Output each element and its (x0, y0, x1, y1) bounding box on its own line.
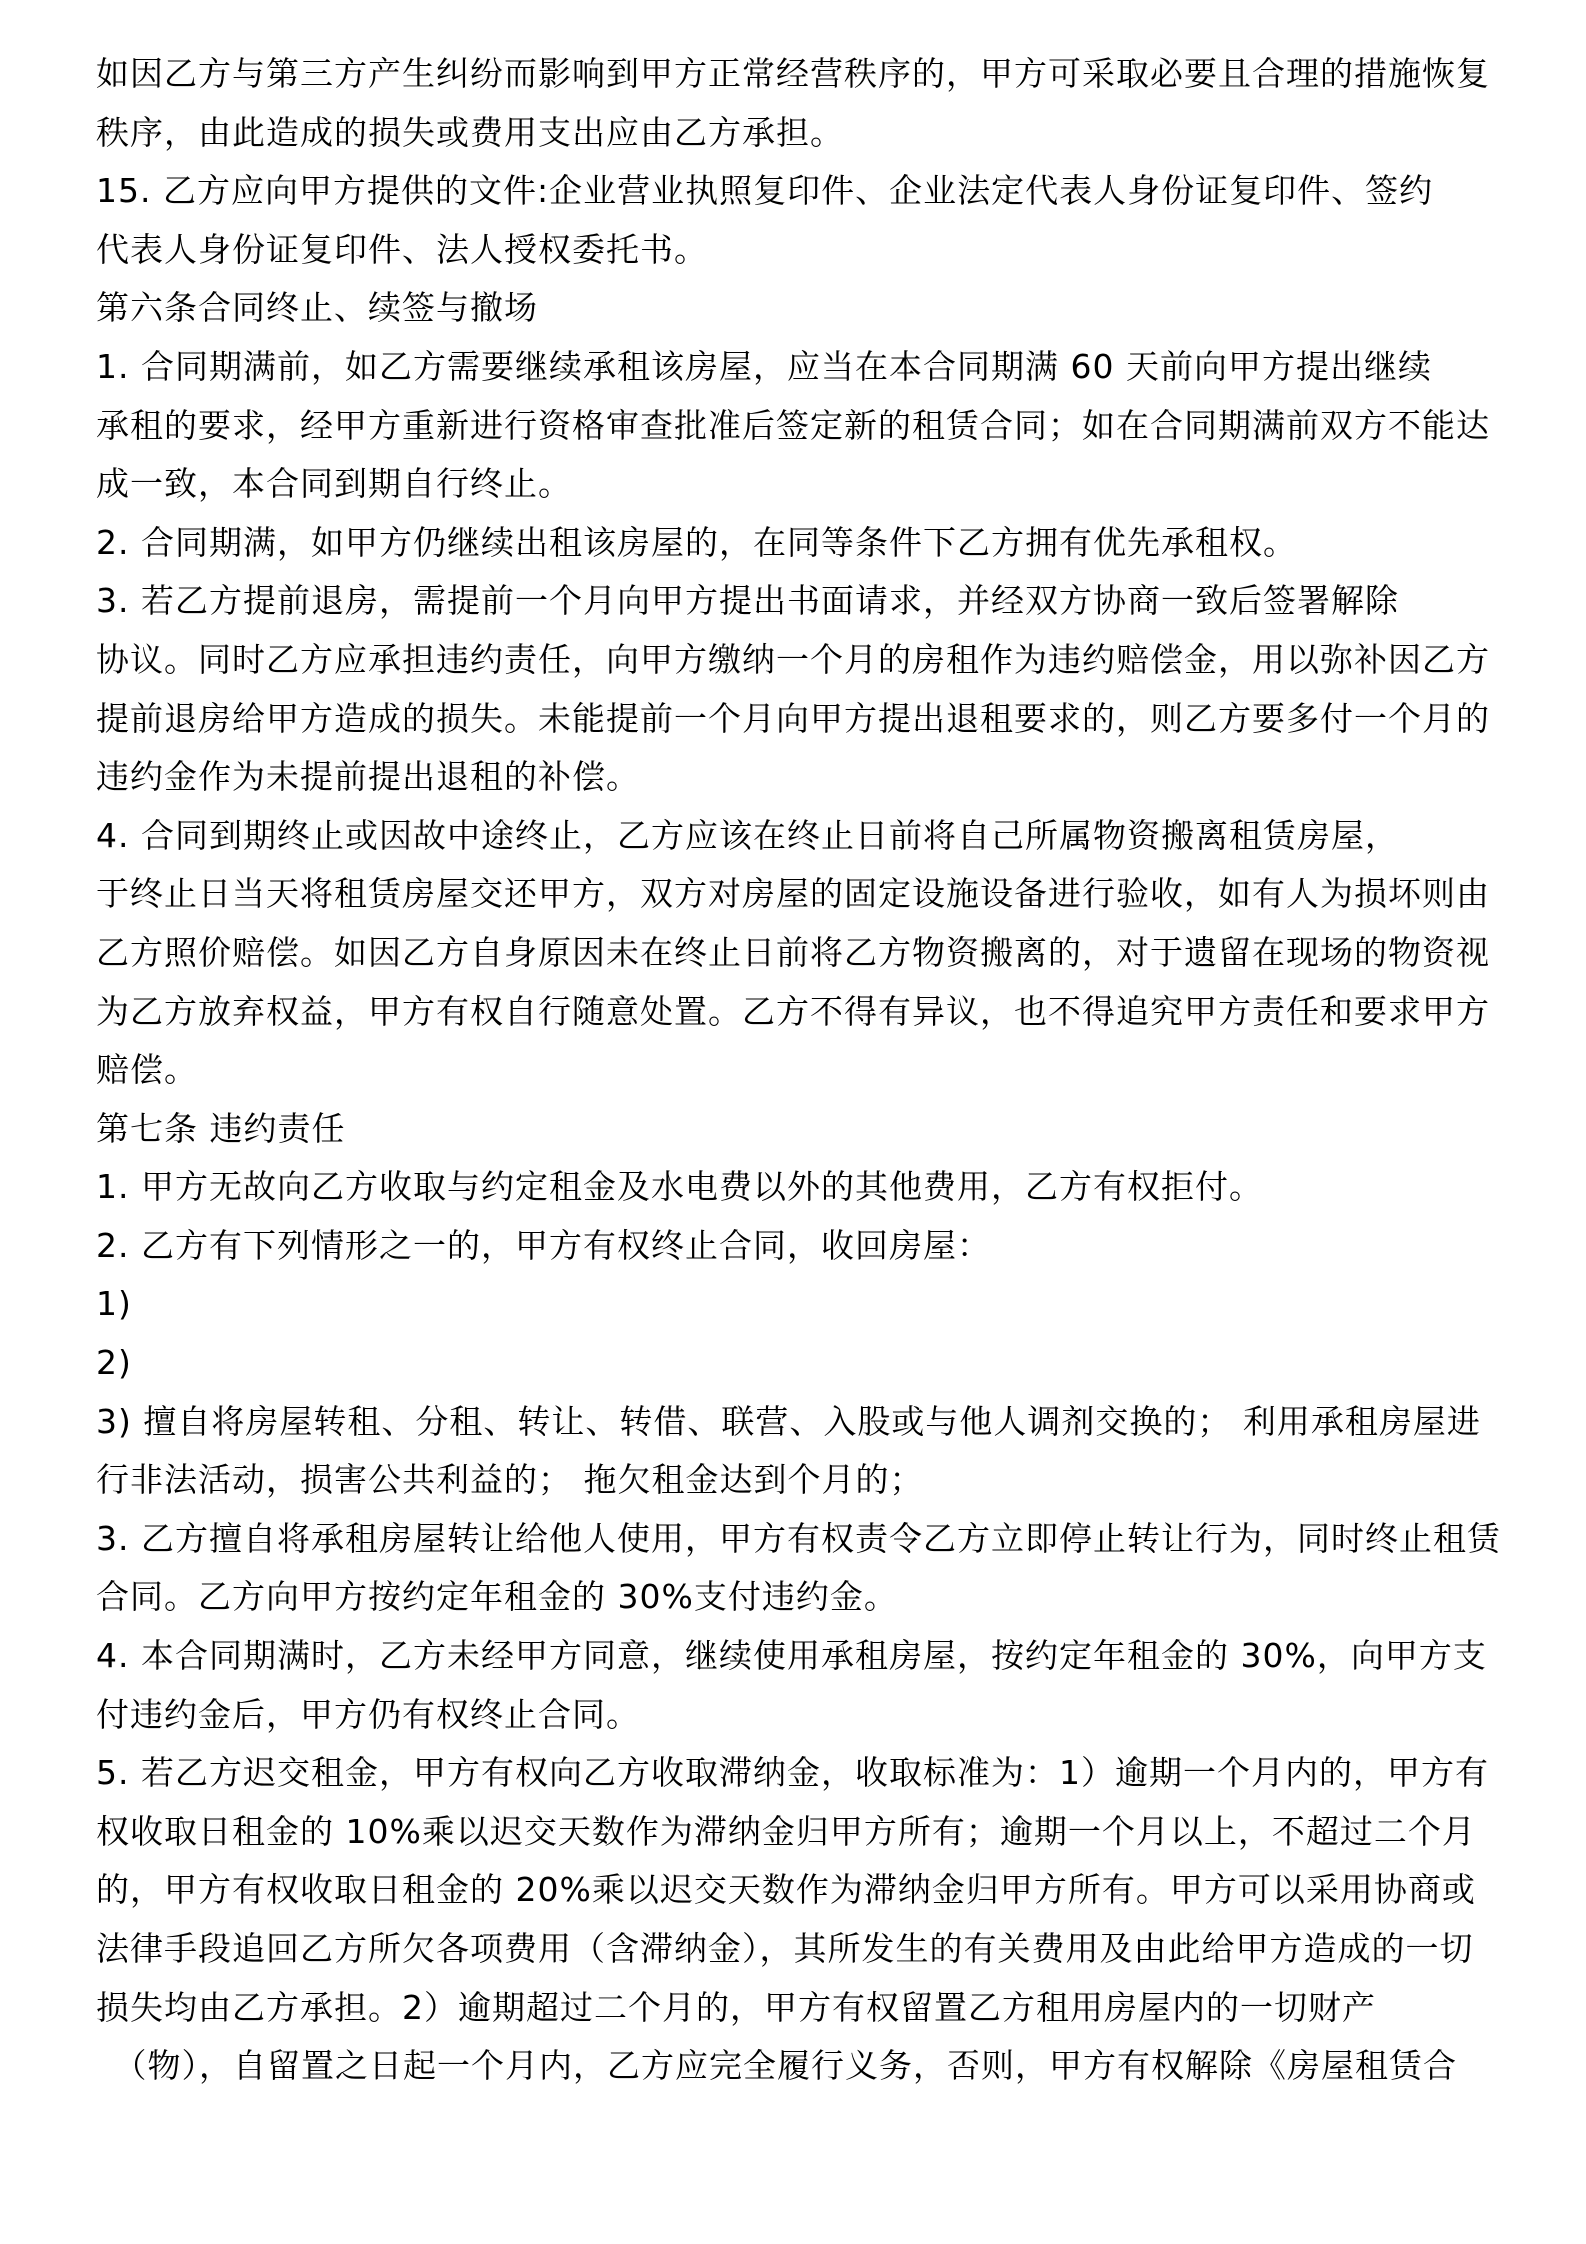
text-line: 的，甲方有权收取日租金的 20%乘以迟交天数作为滞纳金归甲方所有。甲方可以采用协… (96, 1861, 1524, 1920)
text-line: 乙方照价赔偿。如因乙方自身原因未在终止日前将乙方物资搬离的，对于遗留在现场的物资… (96, 924, 1524, 983)
text-line: 2) (96, 1334, 1524, 1393)
text-line: 法律手段追回乙方所欠各项费用（含滞纳金），其所发生的有关费用及由此给甲方造成的一… (96, 1920, 1524, 1979)
text-line: 违约金作为未提前提出退租的补偿。 (96, 748, 1524, 807)
text-line: 1) (96, 1275, 1524, 1334)
text-line: 行非法活动，损害公共利益的； 拖欠租金达到个月的； (96, 1451, 1524, 1510)
text-line: 2. 合同期满，如甲方仍继续出租该房屋的，在同等条件下乙方拥有优先承租权。 (96, 514, 1524, 573)
text-line: 承租的要求，经甲方重新进行资格审查批准后签定新的租赁合同；如在合同期满前双方不能… (96, 397, 1524, 456)
text-line: 1. 甲方无故向乙方收取与约定租金及水电费以外的其他费用，乙方有权拒付。 (96, 1158, 1524, 1217)
text-line: 损失均由乙方承担。2）逾期超过二个月的，甲方有权留置乙方租用房屋内的一切财产 (96, 1979, 1524, 2038)
text-line: 第七条 违约责任 (96, 1100, 1524, 1159)
text-line: 协议。同时乙方应承担违约责任，向甲方缴纳一个月的房租作为违约赔偿金，用以弥补因乙… (96, 631, 1524, 690)
text-line: 第六条合同终止、续签与撤场 (96, 279, 1524, 338)
text-line: 3. 若乙方提前退房，需提前一个月向甲方提出书面请求，并经双方协商一致后签署解除 (96, 572, 1524, 631)
text-line: 成一致，本合同到期自行终止。 (96, 455, 1524, 514)
text-line: 秩序，由此造成的损失或费用支出应由乙方承担。 (96, 104, 1524, 163)
document-page: 如因乙方与第三方产生纠纷而影响到甲方正常经营秩序的，甲方可采取必要且合理的措施恢… (0, 0, 1586, 2244)
text-line: 付违约金后，甲方仍有权终止合同。 (96, 1686, 1524, 1745)
text-line: 于终止日当天将租赁房屋交还甲方，双方对房屋的固定设施设备进行验收，如有人为损坏则… (96, 865, 1524, 924)
text-line: 3) 擅自将房屋转租、分租、转让、转借、联营、入股或与他人调剂交换的； 利用承租… (96, 1393, 1524, 1452)
text-line: 15. 乙方应向甲方提供的文件:企业营业执照复印件、企业法定代表人身份证复印件、… (96, 162, 1524, 221)
text-line: 合同。乙方向甲方按约定年租金的 30%支付违约金。 (96, 1568, 1524, 1627)
text-line: 1. 合同期满前，如乙方需要继续承租该房屋，应当在本合同期满 60 天前向甲方提… (96, 338, 1524, 397)
contract-text-block: 如因乙方与第三方产生纠纷而影响到甲方正常经营秩序的，甲方可采取必要且合理的措施恢… (96, 45, 1524, 2096)
text-line: 4. 本合同期满时，乙方未经甲方同意，继续使用承租房屋，按约定年租金的 30%，… (96, 1627, 1524, 1686)
text-line: 提前退房给甲方造成的损失。未能提前一个月向甲方提出退租要求的，则乙方要多付一个月… (96, 690, 1524, 749)
text-line: 4. 合同到期终止或因故中途终止，乙方应该在终止日前将自己所属物资搬离租赁房屋， (96, 807, 1524, 866)
text-line: 赔偿。 (96, 1041, 1524, 1100)
text-line: 3. 乙方擅自将承租房屋转让给他人使用，甲方有权责令乙方立即停止转让行为，同时终… (96, 1510, 1524, 1569)
text-line: 如因乙方与第三方产生纠纷而影响到甲方正常经营秩序的，甲方可采取必要且合理的措施恢… (96, 45, 1524, 104)
text-line: 5. 若乙方迟交租金，甲方有权向乙方收取滞纳金，收取标准为：1）逾期一个月内的，… (96, 1744, 1524, 1803)
text-line: 为乙方放弃权益，甲方有权自行随意处置。乙方不得有异议，也不得追究甲方责任和要求甲… (96, 983, 1524, 1042)
text-line: （物），自留置之日起一个月内，乙方应完全履行义务，否则，甲方有权解除《房屋租赁合 (96, 2037, 1524, 2096)
text-line: 权收取日租金的 10%乘以迟交天数作为滞纳金归甲方所有；逾期一个月以上，不超过二… (96, 1803, 1524, 1862)
text-line: 代表人身份证复印件、法人授权委托书。 (96, 221, 1524, 280)
text-line: 2. 乙方有下列情形之一的，甲方有权终止合同，收回房屋： (96, 1217, 1524, 1276)
